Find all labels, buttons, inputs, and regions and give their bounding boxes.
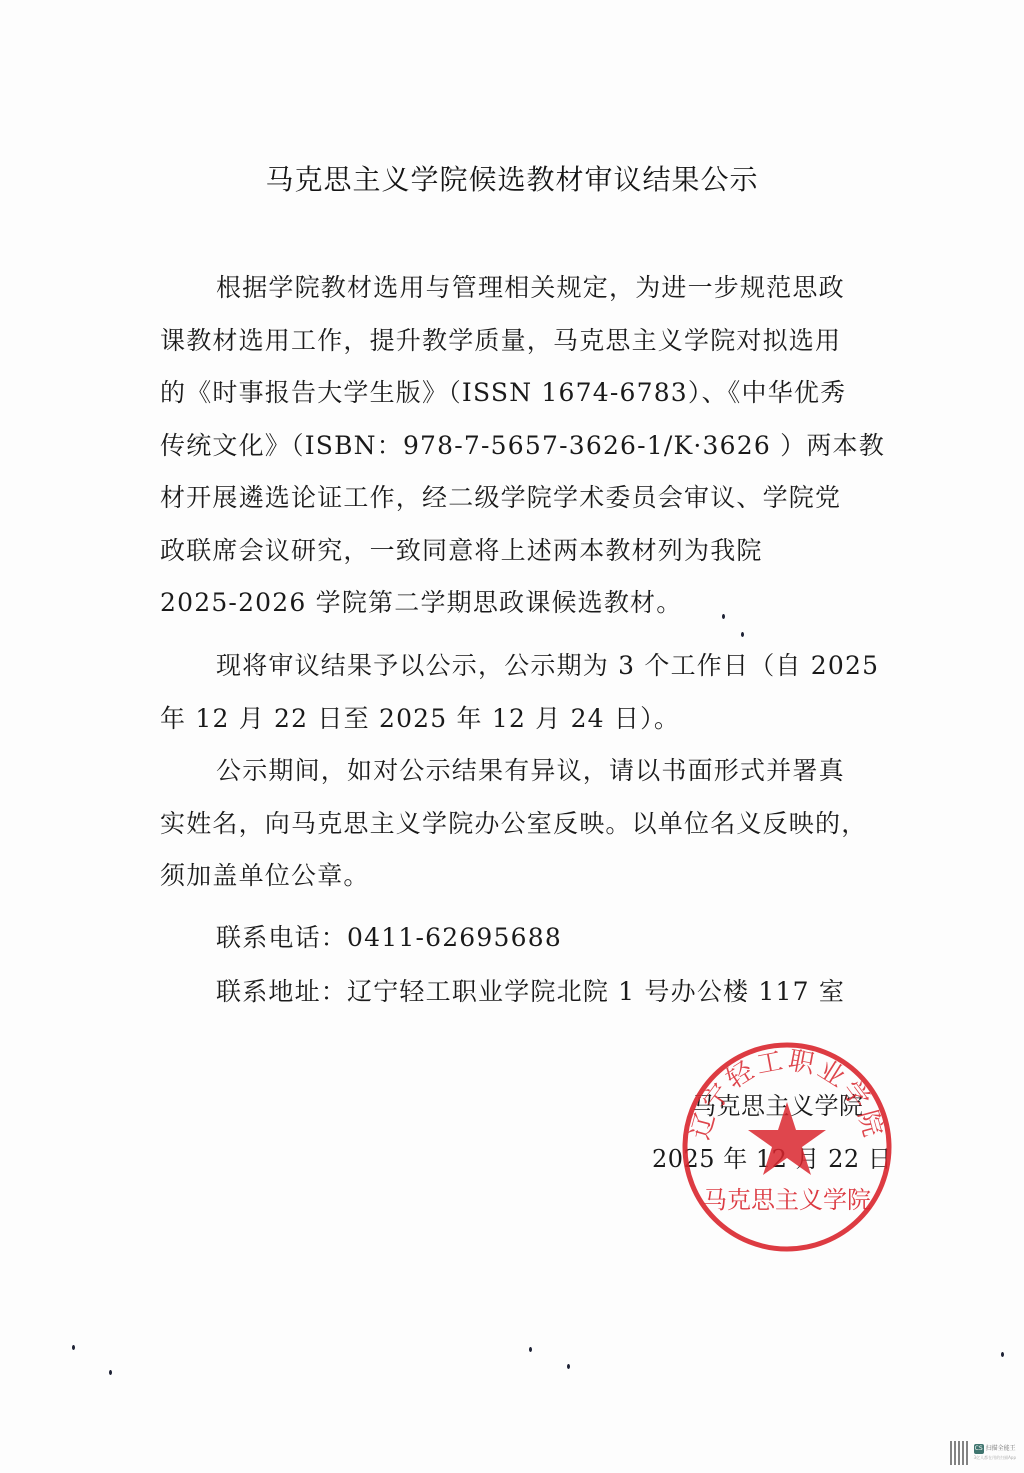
paragraph-line: 根据学院教材选用与管理相关规定，为进一步规范思政 [160, 262, 882, 315]
contact-address-label: 联系地址： [216, 977, 347, 1006]
paragraph-line: 传统文化》（ISBN：978-7-5657-3626-1/K·3626 ）两本教 [160, 420, 882, 473]
watermark-subtitle: 3亿人都在用的扫描App [974, 1454, 1016, 1462]
contact-phone-label: 联系电话： [216, 923, 347, 952]
signature-organization: 马克思主义学院 [692, 1086, 864, 1121]
seal-inner-text: 马克思主义学院 [703, 1186, 871, 1214]
paragraph-line: 年 12 月 22 日至 2025 年 12 月 24 日）。 [160, 693, 882, 746]
watermark-app-name: 扫描全能王 [986, 1445, 1016, 1453]
paragraph-line: 的《时事报告大学生版》（ISSN 1674-6783）、《中华优秀 [160, 367, 882, 420]
paragraph-period: 现将审议结果予以公示，公示期为 3 个工作日（自 2025 年 12 月 22 … [160, 640, 882, 745]
paragraph-line: 现将审议结果予以公示，公示期为 3 个工作日（自 2025 [160, 640, 882, 693]
scan-speck [722, 614, 725, 619]
scan-speck [567, 1364, 570, 1369]
contact-phone: 联系电话：0411-62695688 [216, 918, 562, 954]
paragraph-line: 须加盖单位公章。 [160, 850, 882, 903]
scan-speck [72, 1345, 75, 1350]
camscanner-logo-icon: CS [974, 1444, 984, 1454]
paragraph-intro: 根据学院教材选用与管理相关规定，为进一步规范思政 课教材选用工作，提升教学质量，… [160, 262, 882, 630]
paragraph-line: 材开展遴选论证工作，经二级学院学术委员会审议、学院党 [160, 472, 882, 525]
paragraph-line: 公示期间，如对公示结果有异议，请以书面形式并署真 [160, 745, 882, 798]
paragraph-objection: 公示期间，如对公示结果有异议，请以书面形式并署真 实姓名，向马克思主义学院办公室… [160, 745, 882, 903]
paragraph-line: 课教材选用工作，提升教学质量，马克思主义学院对拟选用 [160, 315, 882, 368]
contact-phone-value: 0411-62695688 [347, 923, 562, 952]
paragraph-line: 政联席会议研究，一致同意将上述两本教材列为我院 [160, 525, 882, 578]
scanner-watermark: CS 扫描全能王 3亿人都在用的扫描App [950, 1441, 1016, 1465]
contact-address: 联系地址：辽宁轻工职业学院北院 1 号办公楼 117 室 [216, 972, 845, 1008]
contact-address-value: 辽宁轻工职业学院北院 1 号办公楼 117 室 [347, 977, 845, 1006]
paragraph-line: 2025-2026 学院第二学期思政课候选教材。 [160, 577, 882, 630]
document-title: 马克思主义学院候选教材审议结果公示 [0, 158, 1024, 198]
signature-date: 2025 年 12 月 22 日 [652, 1139, 892, 1174]
scan-speck [109, 1370, 112, 1375]
scan-speck [1001, 1352, 1004, 1357]
scanned-document-page: 马克思主义学院候选教材审议结果公示 根据学院教材选用与管理相关规定，为进一步规范… [0, 0, 1024, 1473]
qr-code-icon [950, 1441, 970, 1465]
paragraph-line: 实姓名，向马克思主义学院办公室反映。以单位名义反映的， [160, 798, 882, 851]
scan-speck [741, 632, 744, 637]
scan-speck [529, 1347, 532, 1352]
